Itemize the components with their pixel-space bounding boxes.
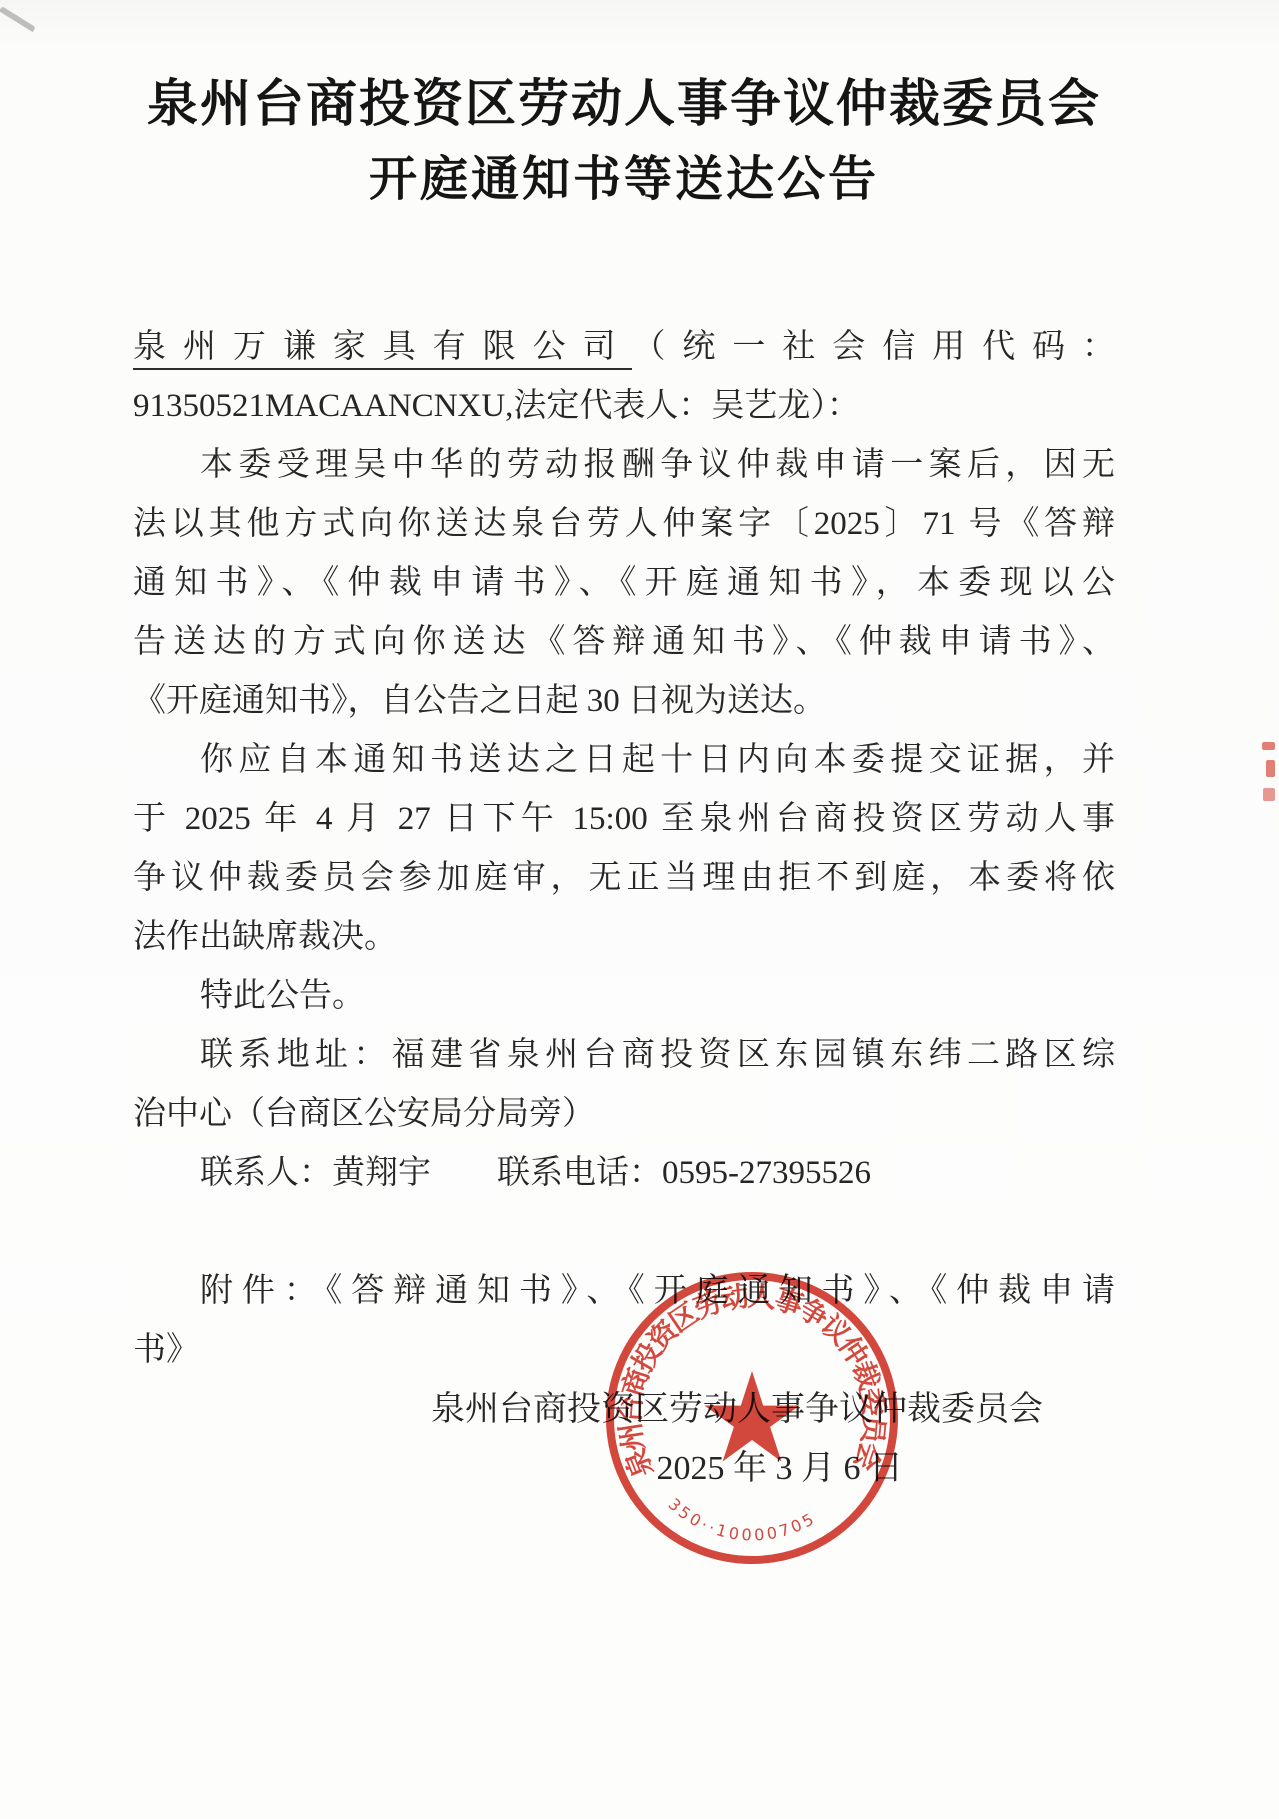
document-body: 泉州万谦家具有限公司（统一社会信用代码： 91350521MACAANCNXU,… — [133, 318, 1115, 1380]
body-line: 争议仲裁委员会参加庭审，无正当理由拒不到庭，本委将依 — [133, 849, 1115, 908]
scan-artifact-mark — [0, 6, 36, 37]
contact-person-line: 联系人：黄翔宇 联系电话：0595-27395526 — [133, 1144, 1115, 1203]
respondent-company-name: 泉州万谦家具有限公司 — [133, 329, 632, 370]
title-line-2: 开庭通知书等送达公告 — [133, 144, 1115, 216]
body-line: 《开庭通知书》，自公告之日起 30 日视为送达。 — [133, 672, 1115, 731]
issuer-signature: 泉州台商投资区劳动人事争议仲裁委员会 — [133, 1380, 1115, 1439]
party-line-2: 91350521MACAANCNXU,法定代表人：吴艺龙）： — [133, 377, 1115, 436]
document-page: 泉州台商投资区劳动人事争议仲裁委员会 开庭通知书等送达公告 泉州万谦家具有限公司… — [0, 0, 1279, 1819]
seal-serial-node: 350··10000705 — [665, 1494, 817, 1544]
scan-red-mark — [1262, 742, 1275, 750]
scan-red-mark — [1263, 788, 1275, 801]
body-line: 法作出缺席裁决。 — [133, 908, 1115, 967]
contact-address-line: 联系地址：福建省泉州台商投资区东园镇东纬二路区综 — [133, 1026, 1115, 1085]
party-line-1: 泉州万谦家具有限公司（统一社会信用代码： — [133, 318, 1115, 377]
body-line: 通知书》、《仲裁申请书》、《开庭通知书》，本委现以公 — [133, 554, 1115, 613]
attachment-line: 附件：《答辩通知书》、《开庭通知书》、《仲裁申请 — [133, 1262, 1115, 1321]
blank-line — [133, 1203, 1115, 1262]
attachment-line: 书》 — [133, 1321, 1115, 1380]
scan-red-mark — [1266, 760, 1275, 777]
issue-date: 2025 年 3 月 6 日 — [133, 1439, 1115, 1498]
document-title: 泉州台商投资区劳动人事争议仲裁委员会 开庭通知书等送达公告 — [133, 66, 1115, 216]
body-line: 你应自本通知书送达之日起十日内向本委提交证据，并 — [133, 731, 1115, 790]
contact-address-line: 治中心（台商区公安局分局旁） — [133, 1085, 1115, 1144]
body-line: 于 2025 年 4 月 27 日下午 15:00 至泉州台商投资区劳动人事 — [133, 790, 1115, 849]
body-line: 本委受理吴中华的劳动报酬争议仲裁申请一案后，因无 — [133, 436, 1115, 495]
body-line: 告送达的方式向你送达《答辩通知书》、《仲裁申请书》、 — [133, 613, 1115, 672]
title-line-1: 泉州台商投资区劳动人事争议仲裁委员会 — [133, 66, 1115, 144]
party-line-1-suffix: （统一社会信用代码： — [632, 329, 1115, 365]
seal-serial: 350··10000705 — [665, 1494, 817, 1544]
body-line: 法以其他方式向你送达泉台劳人仲案字〔2025〕71 号《答辩 — [133, 495, 1115, 554]
body-line: 特此公告。 — [133, 967, 1115, 1026]
